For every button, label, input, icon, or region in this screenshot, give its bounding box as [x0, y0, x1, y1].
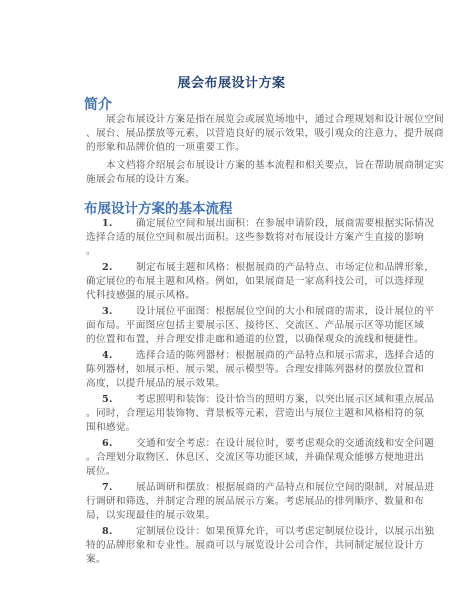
list-item-text: 定制展位设计：如果预算允许，可以考虑定制展位设计，以展示出独 — [136, 526, 434, 537]
list-item-1: 1.确定展位空间和展出面积：在参展申请阶段，展商需要根据实际情况 — [86, 217, 410, 231]
list-item-4-line: 高度，以提升展品的展示效果。 — [86, 377, 394, 391]
list-item-7-line: 行调研和筛选，并制定合理的展品展示方案。考虑展品的排列顺序、数量和布 — [86, 495, 394, 509]
list-item-7-line: 局，以实现最佳的展示效果。 — [86, 509, 394, 523]
list-item-number: 5. — [102, 393, 136, 407]
list-item-6: 6.交通和安全考虑：在设计展位时，要考虑观众的交通流线和安全问题 — [86, 437, 410, 451]
list-item-number: 1. — [102, 217, 136, 231]
document-title: 展会布展设计方案 — [0, 72, 463, 91]
list-item-4-line: 陈列器材，如展示柜、展示架、展示模型等。合理安排陈列器材的摆放位置和 — [86, 363, 394, 377]
list-item-3: 3.设计展位平面图：根据展位空间的大小和展商的需求，设计展位的平 — [86, 305, 410, 319]
list-item-8: 8.定制展位设计：如果预算允许，可以考虑定制展位设计，以展示出独 — [86, 525, 410, 539]
list-item-8-line: 特的品牌形象和专业性。展商可以与展览设计公司合作，共同制定展位设计方 — [86, 539, 394, 553]
list-item-text: 制定布展主题和风格：根据展商的产品特点、市场定位和品牌形象， — [136, 262, 434, 273]
intro-paragraph-2-line: 本文档将介绍展会布展设计方案的基本流程和相关要点，旨在帮助展商制定实 — [86, 159, 414, 173]
list-item-number: 7. — [102, 481, 136, 495]
list-item-text: 考虑照明和装饰：设计恰当的照明方案，以突出展示区域和重点展品 — [136, 394, 434, 405]
list-item-text: 交通和安全考虑：在设计展位时，要考虑观众的交通流线和安全问题 — [136, 438, 434, 449]
list-item-5-line: 。同时，合理运用装饰物、背景板等元素，营造出与展位主题和风格相符的氛 — [86, 407, 394, 421]
section-heading-flow: 布展设计方案的基本流程 — [84, 197, 233, 217]
list-item-text: 确定展位空间和展出面积：在参展申请阶段，展商需要根据实际情况 — [136, 218, 434, 229]
list-item-8-line: 案。 — [86, 553, 394, 567]
list-item-text: 展品调研和摆放：根据展商的产品特点和展位空间的限制，对展品进 — [136, 482, 434, 493]
list-item-text: 设计展位平面图：根据展位空间的大小和展商的需求，设计展位的平 — [136, 306, 434, 317]
list-item-3-line: 面布局。平面图应包括主要展示区、接待区、交流区、产品展示区等功能区域 — [86, 319, 394, 333]
list-item-6-line: 展位。 — [86, 465, 394, 479]
list-item-1-line: 选择合适的展位空间和展出面积。这些参数将对布展设计方案产生直接的影响 — [86, 231, 394, 245]
list-item-2-line: 确定展位的布展主题和风格。例如，如果展商是一家高科技公司，可以选择现 — [86, 275, 394, 289]
list-item-number: 6. — [102, 437, 136, 451]
list-item-1-line: 。 — [86, 245, 394, 259]
list-item-7: 7.展品调研和摆放：根据展商的产品特点和展位空间的限制，对展品进 — [86, 481, 410, 495]
list-item-number: 8. — [102, 525, 136, 539]
intro-paragraph-1-line: 、展台、展品摆放等元素，以营造良好的展示效果，吸引观众的注意力，提升展商 — [86, 127, 394, 141]
list-item-number: 2. — [102, 261, 136, 275]
intro-paragraph-1-line: 展会布展设计方案是指在展览会或展览场地中，通过合理规划和设计展位空间 — [86, 113, 414, 127]
list-item-5-line: 围和感觉。 — [86, 421, 394, 435]
intro-paragraph-1-line: 的形象和品牌价值的一项重要工作。 — [86, 141, 394, 155]
intro-paragraph-2-line: 施展会布展的设计方案。 — [86, 173, 394, 187]
list-item-number: 3. — [102, 305, 136, 319]
document-page: 展会布展设计方案 简介 展会布展设计方案是指在展览会或展览场地中，通过合理规划和… — [0, 0, 463, 600]
list-item-2-line: 代科技感强的展示风格。 — [86, 289, 394, 303]
list-item-2: 2.制定布展主题和风格：根据展商的产品特点、市场定位和品牌形象， — [86, 261, 410, 275]
list-item-5: 5.考虑照明和装饰：设计恰当的照明方案，以突出展示区域和重点展品 — [86, 393, 410, 407]
list-item-6-line: 。合理划分取物区、休息区、交流区等功能区域，并确保观众能够方便地进出 — [86, 451, 394, 465]
list-item-3-line: 的位置和布置，并合理安排走廊和通道的位置，以确保观众的流线和便捷性。 — [86, 333, 394, 347]
list-item-text: 选择合适的陈列器材：根据展商的产品特点和展示需求，选择合适的 — [136, 350, 434, 361]
list-item-number: 4. — [102, 349, 136, 363]
section-heading-intro: 简介 — [84, 94, 112, 114]
list-item-4: 4.选择合适的陈列器材：根据展商的产品特点和展示需求，选择合适的 — [86, 349, 410, 363]
